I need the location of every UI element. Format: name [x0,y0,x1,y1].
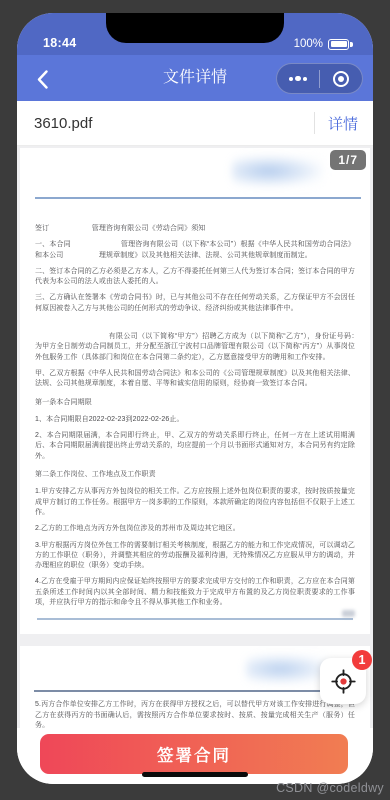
page-footer-rule [37,618,353,620]
mini-program-capsule [276,63,363,94]
file-bar-right: 详情 [314,112,373,134]
contract-paragraph: 5.丙方合作单位安排乙方工作时，丙方在获得甲方授权之后，可以替代甲方对该工作安排… [35,700,355,728]
contract-paragraph: 有限公司（以下简称“甲方”）招聘乙方成为（以下简称“乙方”），身份证号码： 为甲… [35,332,355,363]
file-name: 3610.pdf [34,115,92,132]
details-link[interactable]: 详情 [328,113,373,134]
status-right-cluster: 100% [294,38,349,50]
crosshair-icon [330,668,357,695]
page-indicator-badge: 1/7 [330,150,366,170]
page-header-rule [35,197,361,199]
ellipsis-icon [289,77,293,81]
page-header-rule [34,690,361,692]
contract-paragraph: 1.甲方安排乙方从事丙方外包岗位的相关工作。乙方应按照上述外包岗位职责的要求，按… [35,487,355,518]
target-circle-icon [333,71,349,87]
exit-mini-program-button[interactable] [320,71,362,87]
contract-paragraph: 一、本合同 管理咨询有限公司（以下称“本公司”）根据《中华人民共和国劳动合同法》… [35,240,355,261]
contract-paragraph: 甲、乙双方根据《中华人民共和国劳动合同法》和本公司的《公司管理规章制度》以及其他… [35,369,355,390]
pdf-page-1: 签订 管理咨询有限公司《劳动合同》须知 一、本合同 管理咨询有限公司（以下称“本… [20,148,370,634]
battery-icon [328,39,349,50]
ellipsis-icon [295,76,301,82]
contract-paragraph: 签订 管理咨询有限公司《劳动合同》须知 [35,224,355,234]
contract-paragraph: 1、本合同期限自2022-02-23到2022-02-26止。 [35,415,355,425]
sign-contract-button[interactable]: 签署合同 [40,734,348,774]
pdf-page-2: 5.丙方合作单位安排乙方工作时，丙方在获得甲方授权之后，可以替代甲方对该工作安排… [20,646,370,728]
battery-percent: 100% [294,38,323,50]
page-gap [17,634,373,646]
phone-screen: 18:44 100% 文件详情 3610.pdf [17,13,373,784]
fab-notification-badge: 1 [352,650,372,670]
signature-locate-button[interactable]: 1 [320,658,366,704]
nav-bar: 文件详情 [17,55,373,101]
contract-section-title: 第二条工作岗位、工作地点及工作职责 [35,470,355,480]
notch [106,13,284,43]
contract-paragraph: 4.乙方在受雇于甲方期间内应保证始终按照甲方的要求完成甲方交付的工作和职责，乙方… [35,577,355,608]
bottom-action-bar: 签署合同 [17,729,373,784]
status-time: 18:44 [43,36,76,50]
contract-paragraph: 二、签订本合同的乙方必须是乙方本人，乙方不得委托任何第三人代为签订本合同；签订本… [35,267,355,288]
file-bar-divider [314,112,315,134]
contract-paragraph: 3.甲方根据丙方岗位外包工作的需要制订相关考核制度，根据乙方的能力和工作完成情况… [35,541,355,572]
pdf-viewer[interactable]: 1/7 签订 管理咨询有限公司《劳动合同》须知 一、本合同 管理咨询有限公司（以… [17,146,373,728]
contract-section-title: 第一条本合同期限 [35,398,355,408]
contract-paragraph: 2、本合同期限届满，本合同即行终止，甲、乙双方的劳动关系即行终止，任何一方在上述… [35,431,355,462]
contract-paragraph: 2.乙方的工作地点为丙方外包岗位涉及的苏州市及周边其它地区。 [35,524,355,534]
contract-paragraph: 三、乙方确认在签署本《劳动合同书》时，已与其他公司不存在任何劳动关系，乙方保证甲… [35,293,355,314]
home-indicator [142,772,248,777]
footer-mark [342,610,355,617]
redacted-logo-blur [232,155,324,187]
watermark: CSDN @codeldwy [276,781,384,795]
more-menu-button[interactable] [277,76,319,82]
ellipsis-icon [303,77,307,81]
file-bar: 3610.pdf 详情 [17,101,373,146]
status-bar: 18:44 100% [17,13,373,55]
